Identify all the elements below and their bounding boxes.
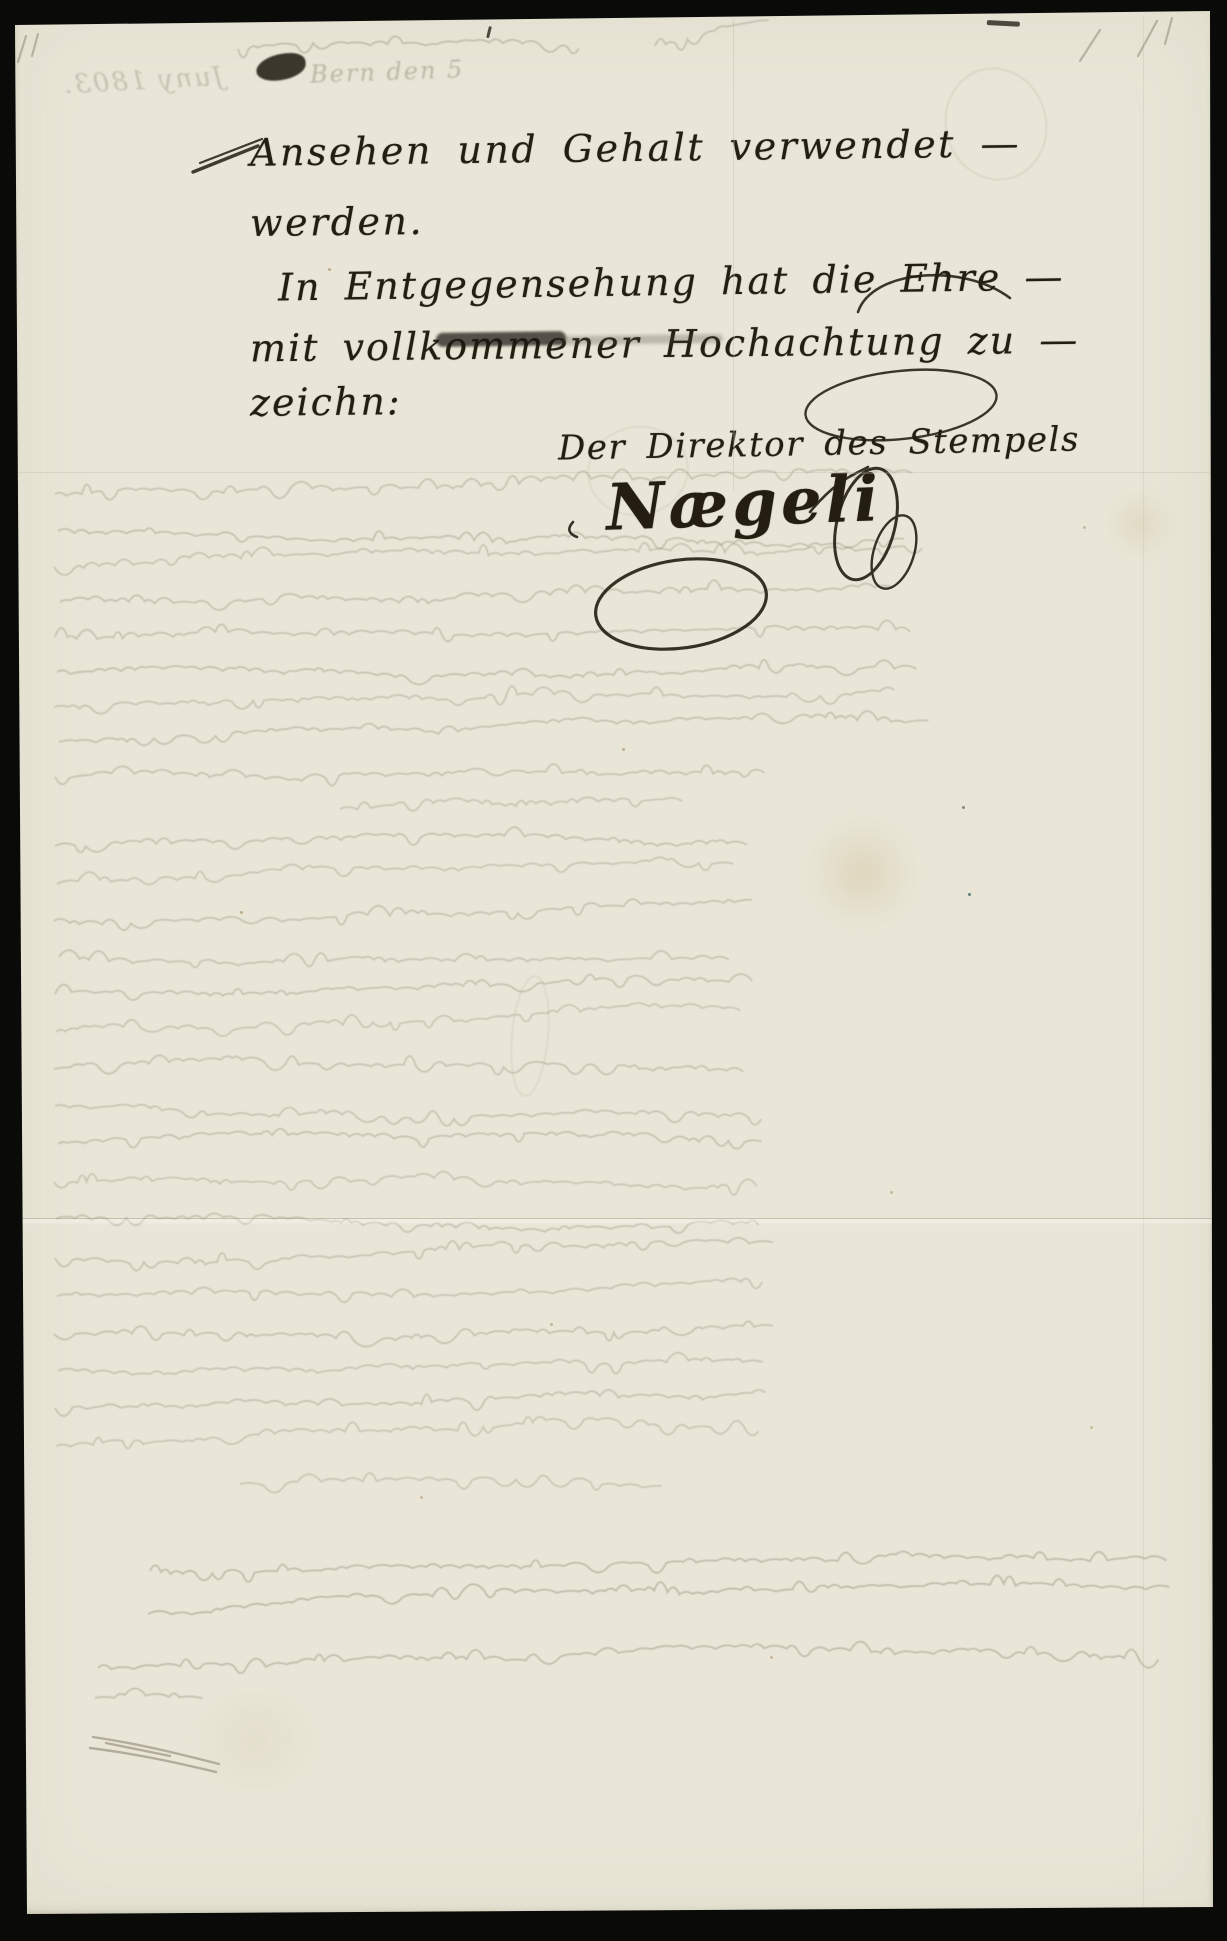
bleedthrough-line — [54, 686, 894, 714]
bleedthrough-line — [340, 797, 682, 810]
bleedthrough-line — [240, 1473, 662, 1493]
body-line-3: In Entgegensehung hat die Ehre — — [278, 255, 1065, 310]
bleedthrough-line — [54, 899, 752, 930]
fold-crease-vertical-left — [733, 20, 735, 490]
bleedthrough-line — [56, 1213, 759, 1233]
bleedthrough-line — [58, 1129, 762, 1149]
bleedthrough-loop — [507, 975, 553, 1098]
bleedthrough-line — [54, 1172, 757, 1195]
foxing-stain-right — [1108, 492, 1172, 556]
bleedthrough-line — [58, 1353, 763, 1375]
bleedthrough-line — [150, 1552, 1166, 1582]
paper-sheet: Bern den 5 Juny 1803. Ansehen und Gehalt… — [10, 6, 1216, 1916]
ink-smear — [436, 331, 566, 347]
foxing-stain-bottom — [180, 1696, 330, 1786]
body-line-2: werden. — [250, 199, 425, 245]
paper-specks — [328, 268, 331, 271]
signature-naegeli: Nægeli — [605, 461, 884, 546]
small-ink-ticks — [486, 20, 1020, 38]
bleedthrough-line — [655, 20, 769, 50]
fold-crease-horizontal-lower — [18, 1218, 1212, 1225]
bleedthrough-line — [54, 1055, 743, 1074]
faint-year-mirrored: Juny 1803. — [61, 62, 224, 100]
photo-background: Bern den 5 Juny 1803. Ansehen und Gehalt… — [0, 0, 1227, 1941]
body-line-4: mit vollkommener Hochachtung zu — — [250, 318, 1080, 371]
pencil-marks-top-right — [18, 18, 1172, 62]
fold-crease-vertical-right — [1143, 16, 1145, 1906]
bleedthrough-line — [57, 857, 733, 884]
bleedthrough-line — [55, 1390, 765, 1416]
bleedthrough-line — [57, 1279, 762, 1303]
bleedthrough-line — [98, 1642, 1158, 1674]
bleedthrough-line — [55, 764, 764, 786]
bleedthrough-line — [55, 620, 910, 641]
bleedthrough-line — [55, 827, 747, 852]
bleedthrough-line — [54, 543, 922, 575]
bleedthrough-line — [148, 1575, 1169, 1614]
bleedthrough-line — [57, 660, 917, 685]
foxing-stain-center — [806, 817, 918, 929]
body-line-1: Ansehen und Gehalt verwendet — — [250, 121, 1022, 174]
pencil-scribble-bottom-left — [90, 1737, 219, 1772]
bleedthrough-line — [56, 1417, 758, 1449]
bleedthrough-line — [55, 1238, 773, 1271]
bleedthrough-line — [59, 950, 729, 967]
faint-dateline: Bern den 5 — [310, 55, 465, 88]
body-line-5: zeichn: — [250, 379, 402, 425]
bleedthrough-line — [56, 1003, 741, 1036]
ink-blot — [254, 51, 307, 84]
closing-line: Der Direktor des Stempels — [558, 419, 1081, 468]
bleedthrough-line — [59, 711, 928, 745]
bleedthrough-line — [54, 1321, 773, 1346]
bleedthrough-line — [60, 580, 893, 610]
bleedthrough-line — [55, 974, 752, 1000]
bleedthrough-line — [55, 1105, 761, 1126]
bleedthrough-line — [95, 1688, 203, 1698]
